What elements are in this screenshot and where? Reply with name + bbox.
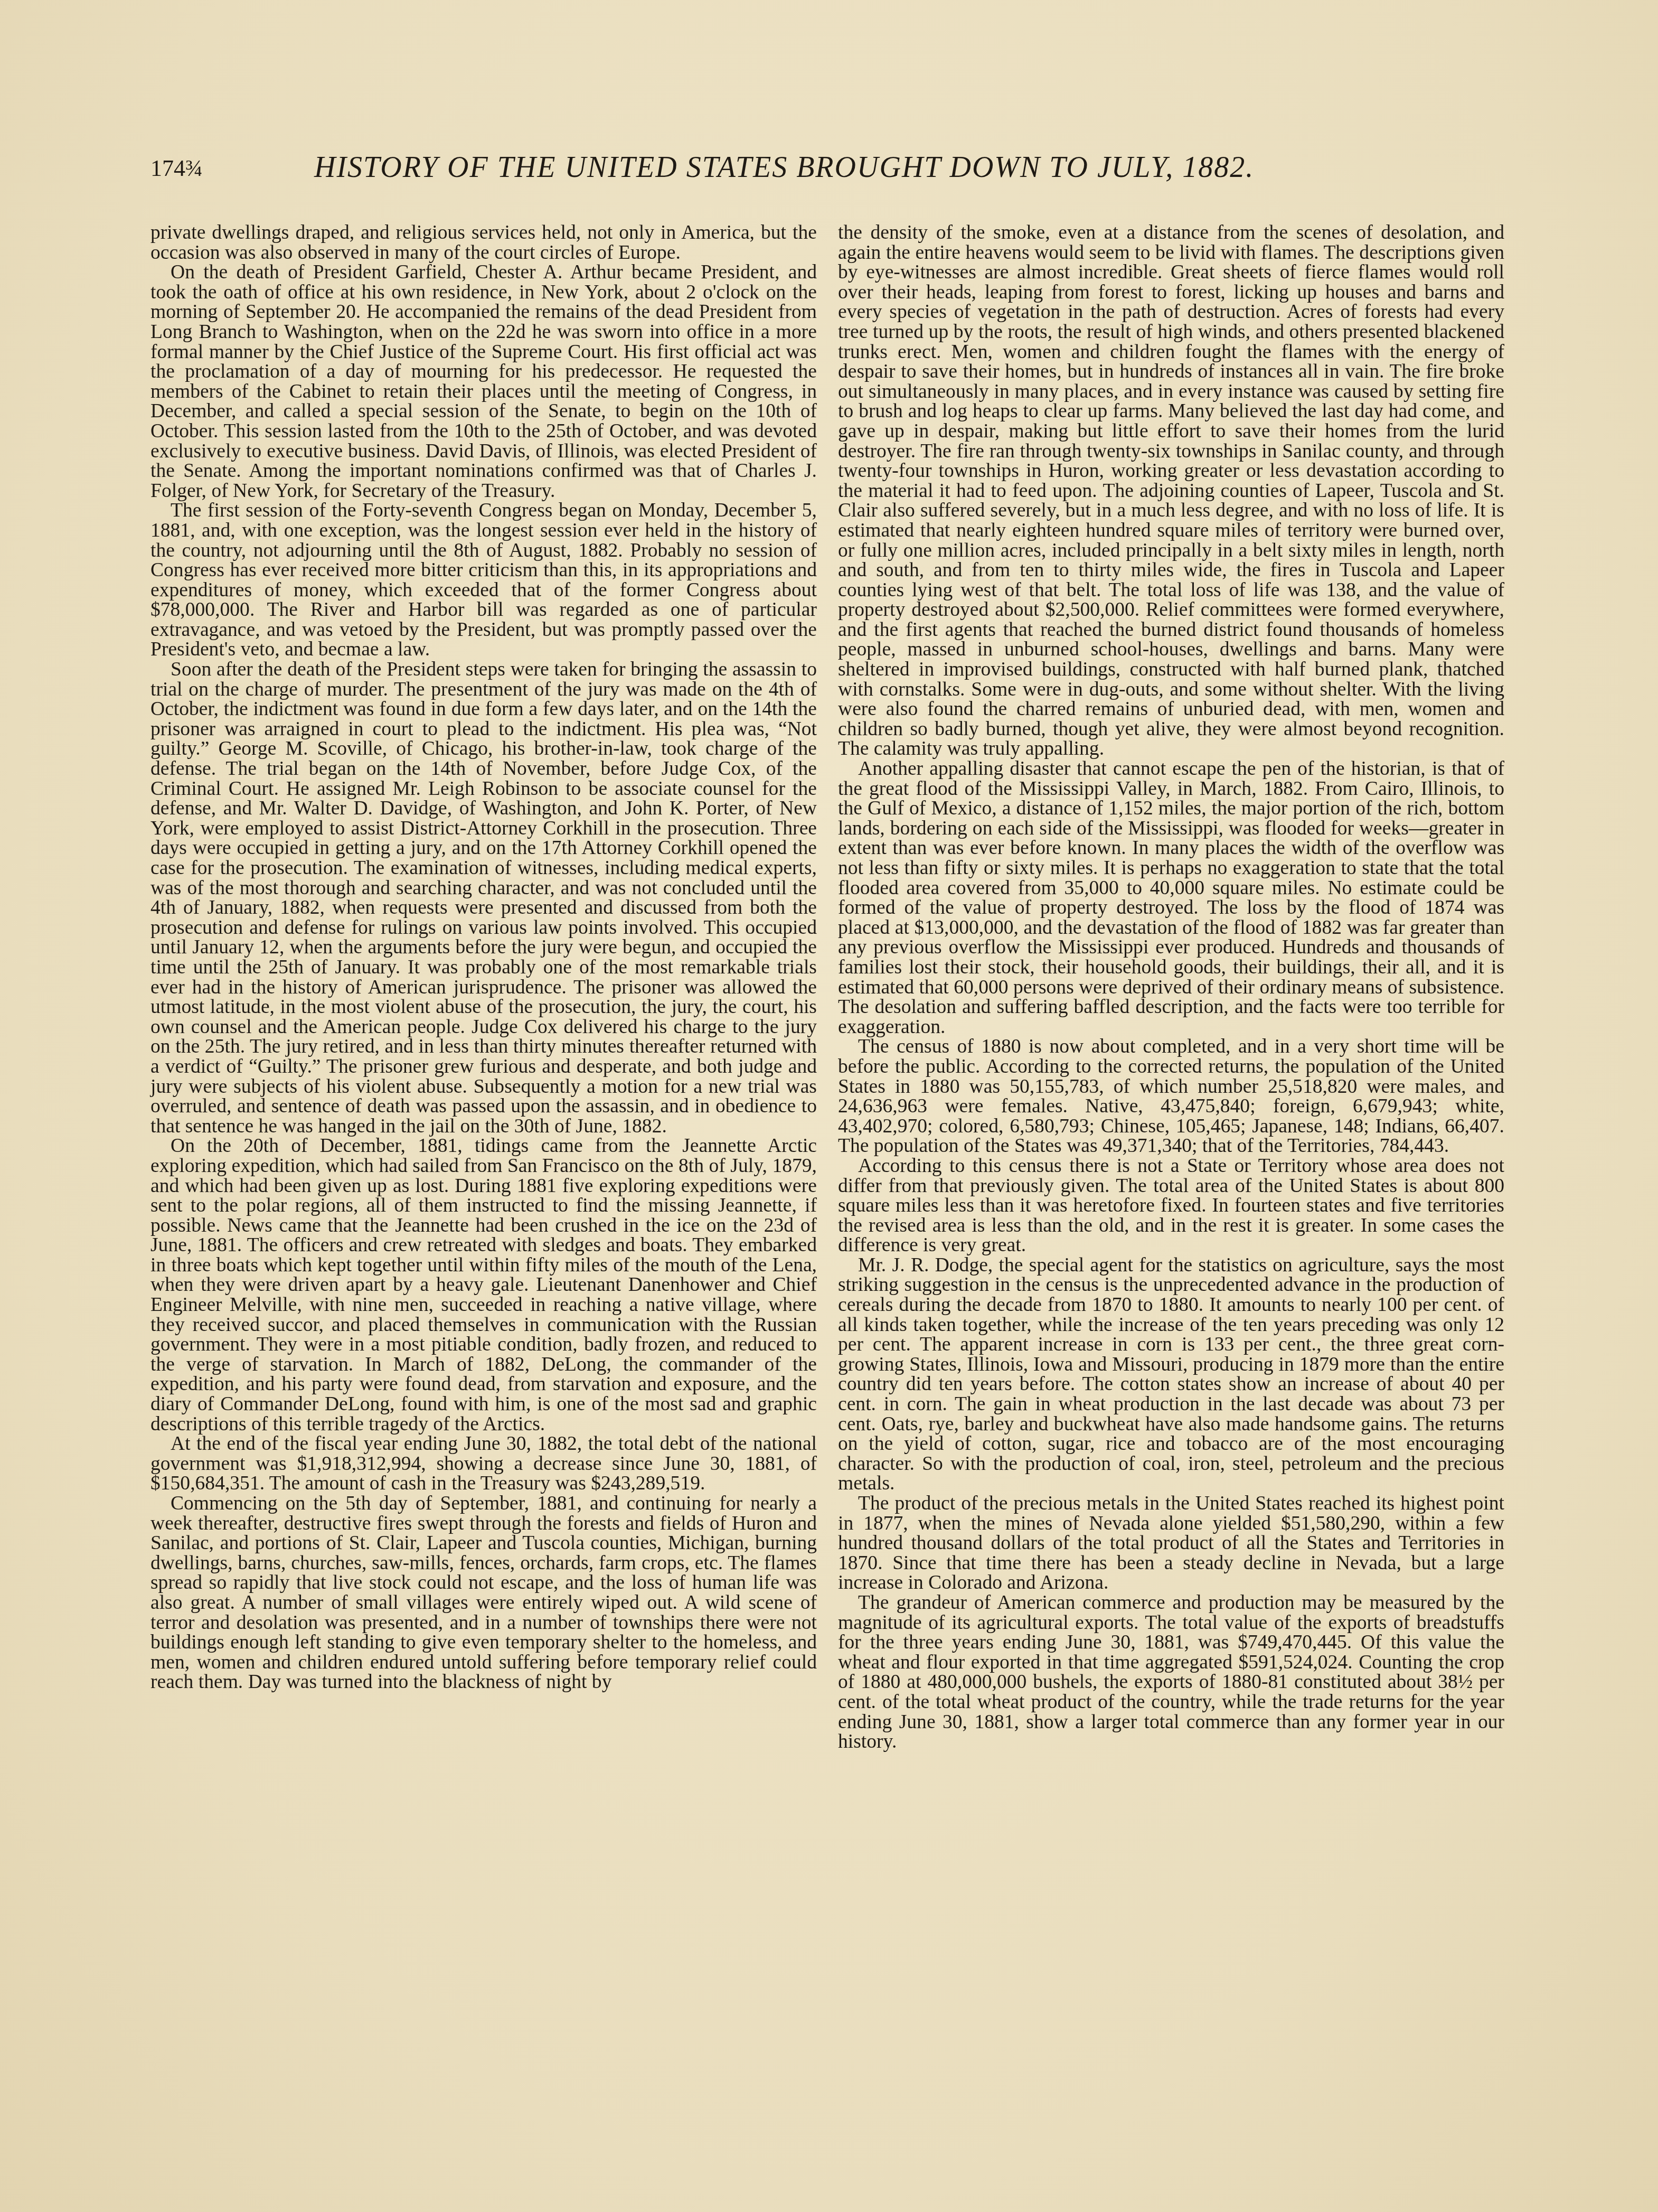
left-column: private dwellings draped, and religious … <box>150 223 817 1692</box>
running-header: 174¾ HISTORY OF THE UNITED STATES BROUGH… <box>150 151 1344 188</box>
paragraph: The census of 1880 is now about complete… <box>838 1037 1504 1156</box>
paragraph: the density of the smoke, even at a dist… <box>838 223 1504 759</box>
paragraph: The grandeur of American commerce and pr… <box>838 1593 1504 1752</box>
paragraph: According to this census there is not a … <box>838 1156 1504 1255</box>
paragraph: Mr. J. R. Dodge, the special agent for t… <box>838 1255 1504 1494</box>
paragraph: Another appalling disaster that cannot e… <box>838 759 1504 1037</box>
paragraph: Commencing on the 5th day of September, … <box>150 1494 817 1692</box>
paragraph: On the 20th of December, 1881, tidings c… <box>150 1136 817 1434</box>
paragraph: Soon after the death of the President st… <box>150 660 817 1136</box>
paragraph: The first session of the Forty-seventh C… <box>150 501 817 660</box>
paragraph: The product of the precious metals in th… <box>838 1494 1504 1593</box>
paragraph: private dwellings draped, and religious … <box>150 223 817 263</box>
paragraph: On the death of President Garfield, Ches… <box>150 263 817 501</box>
right-column: the density of the smoke, even at a dist… <box>838 223 1504 1752</box>
page-title: HISTORY OF THE UNITED STATES BROUGHT DOW… <box>314 151 1254 184</box>
paragraph: At the end of the fiscal year ending Jun… <box>150 1434 817 1494</box>
page-number: 174¾ <box>150 155 203 182</box>
